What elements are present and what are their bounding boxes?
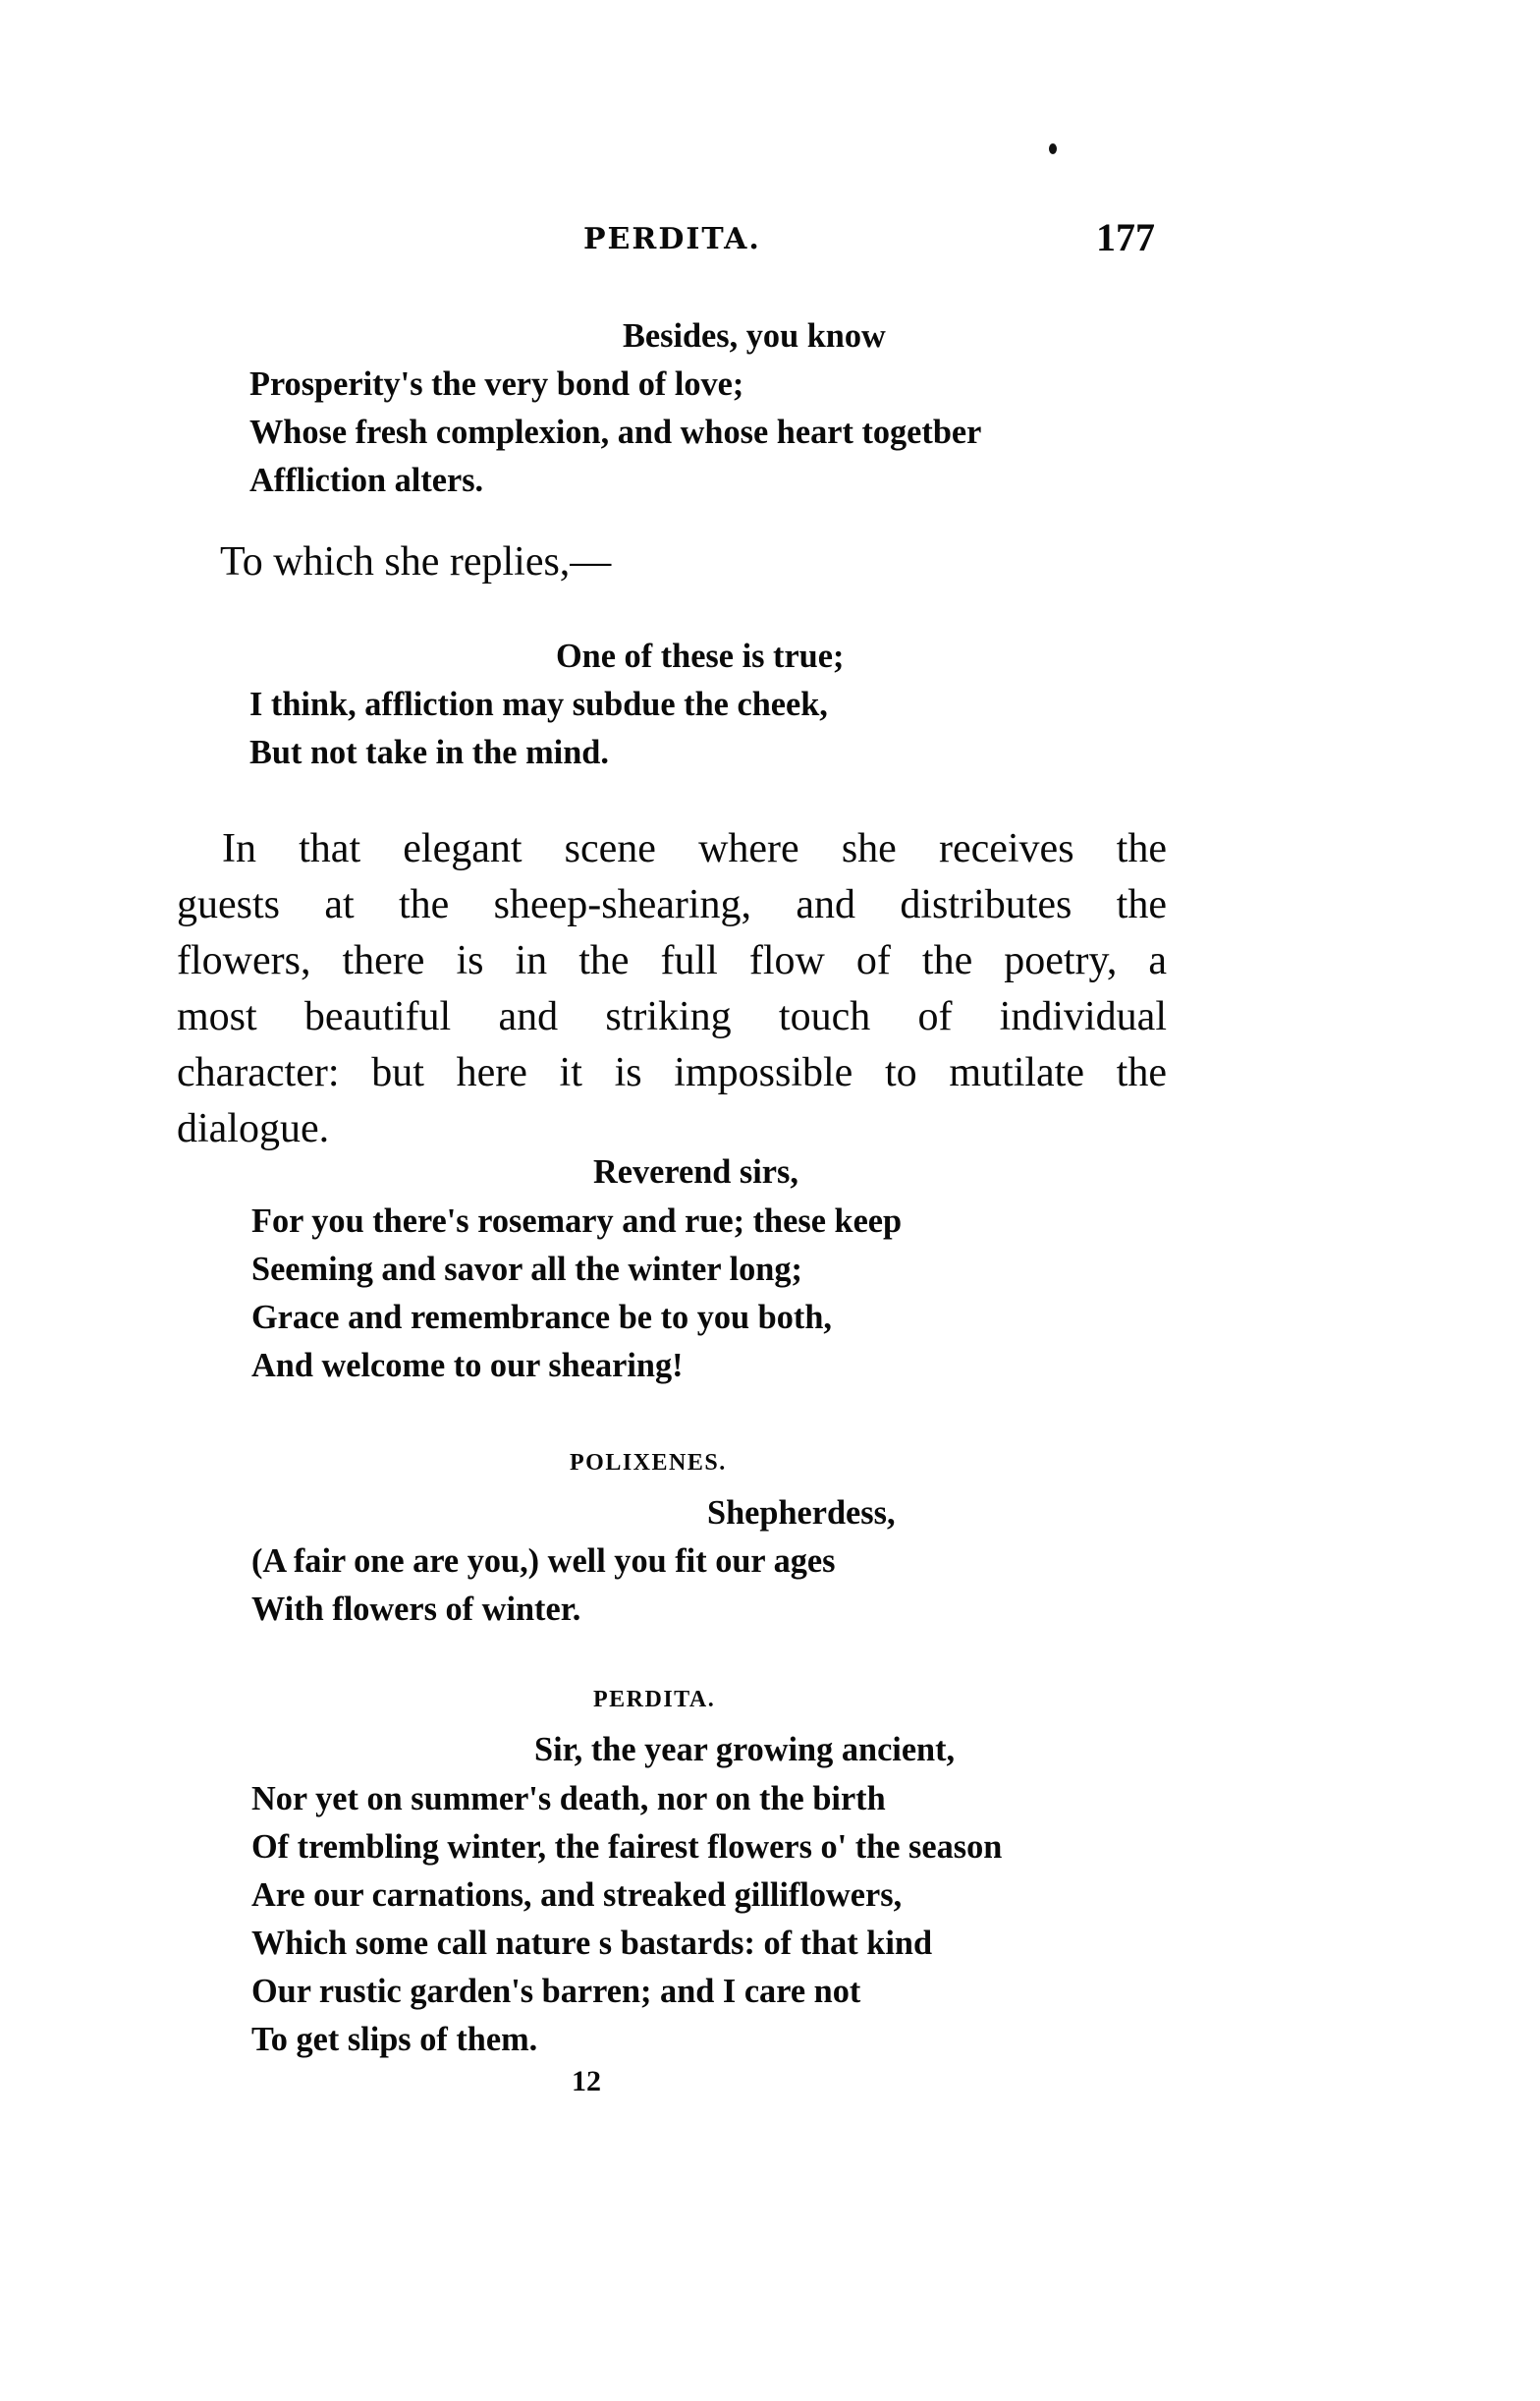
body-paragraph: In that elegant scene where she receives… (177, 821, 1167, 1157)
paragraph-line: guests at the sheep-shearing, and distri… (177, 877, 1167, 933)
verse-line: But not take in the mind. (249, 728, 828, 776)
verse-line: Affliction alters. (249, 456, 981, 504)
running-title: PERDITA. (583, 222, 761, 256)
speaker-label-perdita: PERDITA. (593, 1687, 715, 1713)
speaker-label-polixenes: POLIXENES. (570, 1450, 727, 1477)
verse-line: I think, affliction may subdue the cheek… (249, 680, 828, 728)
verse-first-line: Sir, the year growing ancient, (534, 1725, 955, 1773)
paragraph-line: most beautiful and striking touch of ind… (177, 989, 1167, 1045)
verse-line: Prosperity's the very bond of love; (249, 360, 981, 408)
verse-line: Seeming and savor all the winter long; (251, 1245, 902, 1293)
verse-line: Our rustic garden's barren; and I care n… (251, 1967, 1002, 2015)
intro-text: To which she replies,— (220, 538, 611, 586)
paragraph-line: flowers, there is in the full flow of th… (177, 933, 1167, 989)
verse-line: Which some call nature s bastards: of th… (251, 1919, 1002, 1967)
verse-block-2: I think, affliction may subdue the cheek… (249, 680, 828, 776)
signature-mark: 12 (572, 2065, 601, 2098)
verse-first-line: Besides, you know (623, 311, 886, 360)
verse-block-3: For you there's rosemary and rue; these … (251, 1197, 902, 1389)
verse-line: Are our carnations, and streaked gillifl… (251, 1871, 1002, 1919)
paragraph-line: character: but here it is impossible to … (177, 1045, 1167, 1101)
verse-block-1: Prosperity's the very bond of love; Whos… (249, 360, 981, 504)
verse-line: Of trembling winter, the fairest flowers… (251, 1822, 1002, 1871)
verse-first-line: One of these is true; (556, 632, 844, 680)
verse-line: Nor yet on summer's death, nor on the bi… (251, 1774, 1002, 1822)
verse-line: With flowers of winter. (251, 1585, 835, 1633)
verse-line: To get slips of them. (251, 2015, 1002, 2063)
printer-mark-dot (1049, 143, 1057, 154)
verse-first-line: Shepherdess, (707, 1488, 896, 1536)
verse-block-perdita: Nor yet on summer's death, nor on the bi… (251, 1774, 1002, 2063)
paragraph-line: In that elegant scene where she receives… (177, 821, 1167, 877)
verse-line: And welcome to our shearing! (251, 1341, 902, 1389)
verse-line: Whose fresh complexion, and whose heart … (249, 408, 981, 456)
verse-line: (A fair one are you,) well you fit our a… (251, 1536, 835, 1585)
verse-first-line: Reverend sirs, (593, 1147, 798, 1196)
page-number: 177 (1096, 214, 1155, 260)
verse-block-polixenes: (A fair one are you,) well you fit our a… (251, 1536, 835, 1633)
book-page: PERDITA. 177 Besides, you know Prosperit… (0, 0, 1540, 2401)
verse-line: For you there's rosemary and rue; these … (251, 1197, 902, 1245)
verse-line: Grace and remembrance be to you both, (251, 1293, 902, 1341)
